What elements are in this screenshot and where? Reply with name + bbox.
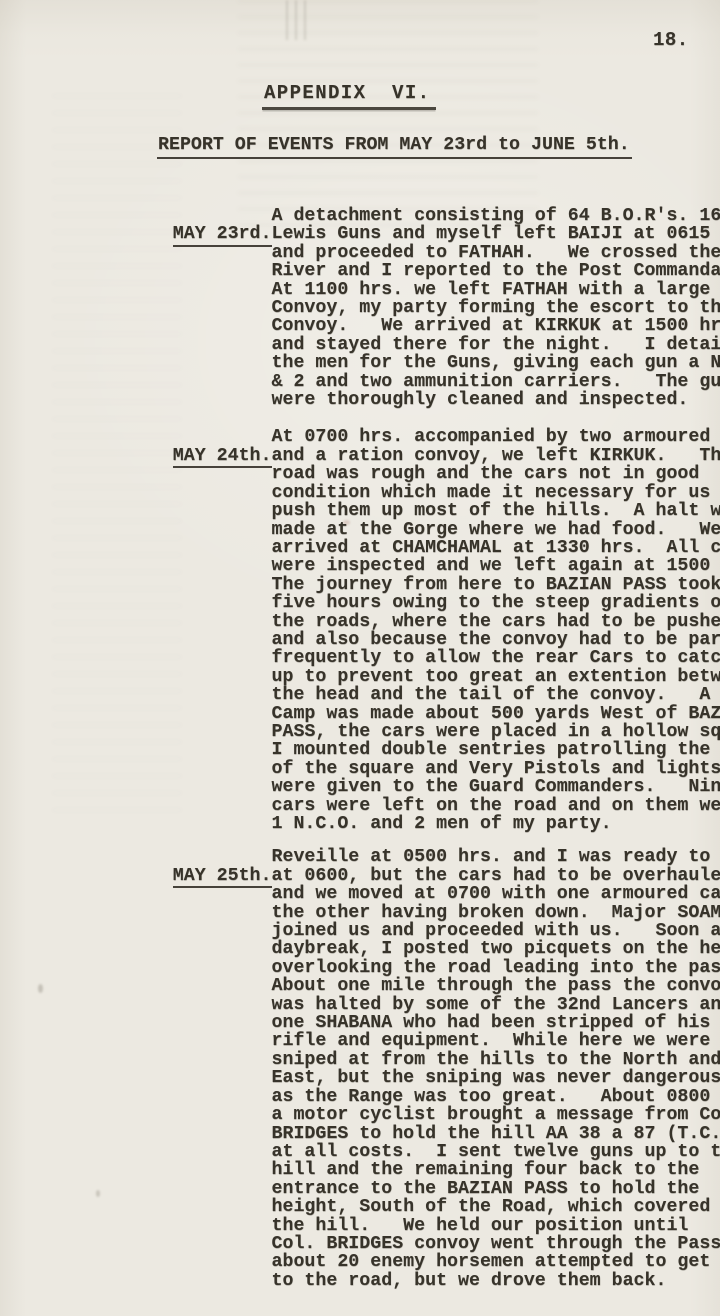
appendix-title: APPENDIX VI. (262, 82, 436, 110)
entry-date-text: MAY 25th. (173, 867, 272, 888)
entry-date-label: MAY 25th. (85, 848, 272, 906)
entry-body-text: A detachment consisting of 64 B.O.R's. 1… (272, 207, 720, 409)
report-subtitle: REPORT OF EVENTS FROM MAY 23rd to JUNE 5… (157, 135, 632, 159)
bleed-through-artifact (286, 0, 312, 40)
entry-date-label: MAY 24th. (85, 428, 272, 486)
bleed-through-artifact (238, 0, 538, 232)
entry-date-text: MAY 23rd. (173, 225, 272, 246)
document-page: 18. APPENDIX VI. REPORT OF EVENTS FROM M… (0, 0, 720, 1316)
page-number: 18. (653, 29, 689, 51)
entry-body-text: Reveille at 0500 hrs. and I was ready to… (272, 848, 720, 1290)
ink-speck (38, 984, 43, 993)
entry-date-label: MAY 23rd. (85, 207, 272, 265)
report-entry-may-24: MAY 24th. At 0700 hrs. accompanied by tw… (85, 428, 720, 833)
entry-date-text: MAY 24th. (173, 447, 272, 468)
report-entry-may-25: MAY 25th. Reveille at 0500 hrs. and I wa… (85, 848, 720, 1290)
report-entry-may-23: MAY 23rd. A detachment consisting of 64 … (85, 207, 720, 409)
entry-body-text: At 0700 hrs. accompanied by two armoured… (272, 428, 720, 833)
report-entries: MAY 23rd. A detachment consisting of 64 … (85, 207, 720, 1290)
